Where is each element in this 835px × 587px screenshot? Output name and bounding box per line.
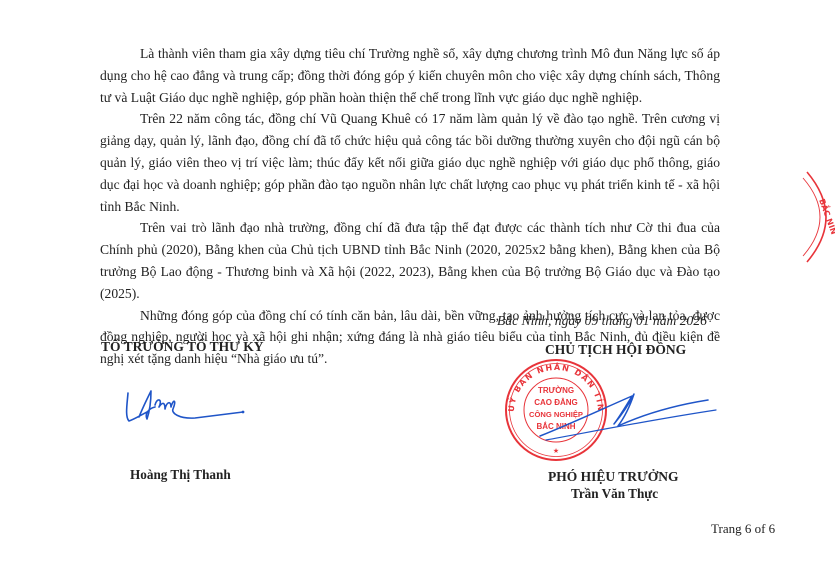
paragraph: Trên vai trò lãnh đạo nhà trường, đồng c… bbox=[100, 217, 720, 304]
left-signer-name: Hoàng Thị Thanh bbox=[130, 467, 231, 483]
left-signature-title: TỔ TRƯỞNG TỔ THƯ KÝ bbox=[101, 339, 264, 355]
paragraph: Là thành viên tham gia xây dựng tiêu chí… bbox=[100, 43, 720, 108]
date-line: Bắc Ninh, ngày 09 tháng 01 năm 2026 bbox=[497, 313, 707, 329]
left-signature-icon bbox=[125, 385, 265, 430]
edge-stamp-fragment: BẮC NIN bbox=[795, 170, 835, 265]
right-signature-icon bbox=[540, 388, 720, 440]
page-number: Trang 6 of 6 bbox=[711, 521, 775, 537]
right-signer-name: Trần Văn Thực bbox=[571, 486, 658, 502]
paragraph: Trên 22 năm công tác, đồng chí Vũ Quang … bbox=[100, 108, 720, 217]
right-signature-title: CHỦ TỊCH HỘI ĐỒNG bbox=[545, 342, 686, 358]
stamp-star-icon: ★ bbox=[553, 447, 559, 455]
right-signer-position: PHÓ HIỆU TRƯỞNG bbox=[548, 469, 679, 485]
